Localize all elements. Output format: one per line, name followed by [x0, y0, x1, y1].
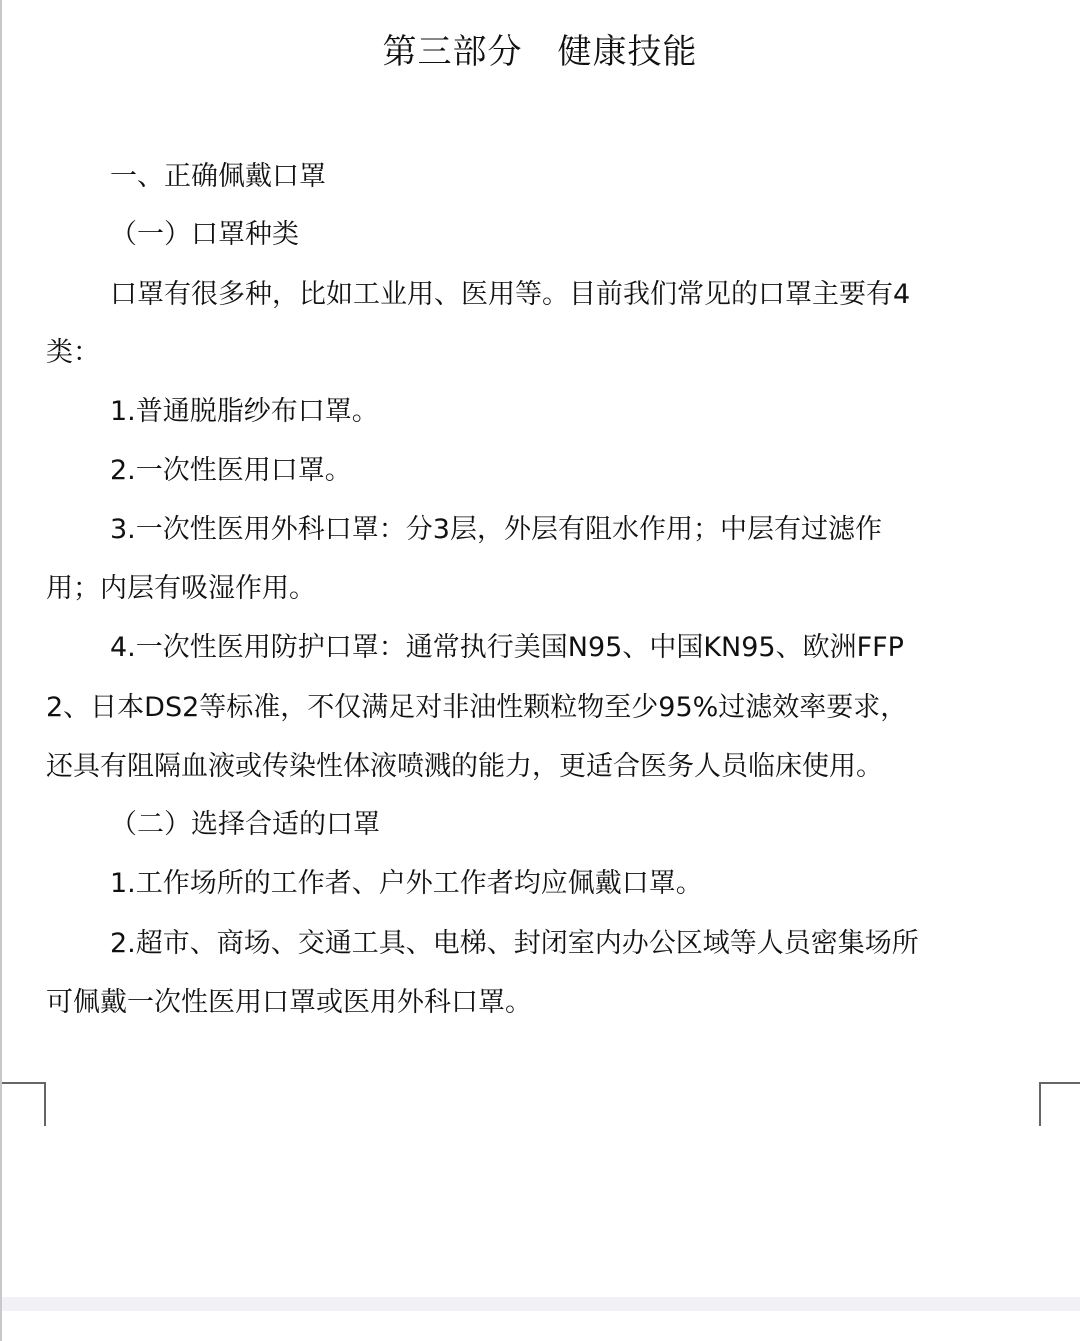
paragraph-line: 口罩有很多种，比如工业用、医用等。目前我们常见的口罩主要有4 [110, 275, 910, 315]
heading-wear-mask: 一、正确佩戴口罩 [110, 157, 326, 197]
list-item-3-cont: 用；内层有吸湿作用。 [46, 569, 316, 609]
crop-mark-right [1039, 1082, 1080, 1126]
choose-item-2: 2.超市、商场、交通工具、电梯、封闭室内办公区域等人员密集场所 [110, 924, 919, 964]
choose-item-2-cont: 可佩戴一次性医用口罩或医用外科口罩。 [46, 983, 532, 1023]
choose-item-1: 1.工作场所的工作者、户外工作者均应佩戴口罩。 [110, 864, 703, 904]
crop-mark-left [2, 1082, 46, 1126]
list-item-1: 1.普通脱脂纱布口罩。 [110, 392, 379, 432]
list-item-4-cont: 还具有阻隔血液或传染性体液喷溅的能力，更适合医务人员临床使用。 [46, 747, 883, 787]
page-break [2, 1297, 1080, 1311]
subheading-choose-mask: （二）选择合适的口罩 [110, 805, 380, 845]
next-page [2, 1311, 1080, 1341]
paragraph-line: 类： [46, 333, 100, 373]
subheading-mask-types: （一）口罩种类 [110, 215, 299, 255]
section-title: 第三部分 健康技能 [0, 28, 1080, 76]
list-item-3: 3.一次性医用外科口罩：分3层，外层有阻水作用；中层有过滤作 [110, 510, 882, 550]
list-item-4: 4.一次性医用防护口罩：通常执行美国N95、中国KN95、欧洲FFP [110, 628, 904, 668]
list-item-2: 2.一次性医用口罩。 [110, 451, 352, 491]
list-item-4-cont: 2、日本DS2等标准，不仅满足对非油性颗粒物至少95%过滤效率要求， [46, 688, 907, 728]
